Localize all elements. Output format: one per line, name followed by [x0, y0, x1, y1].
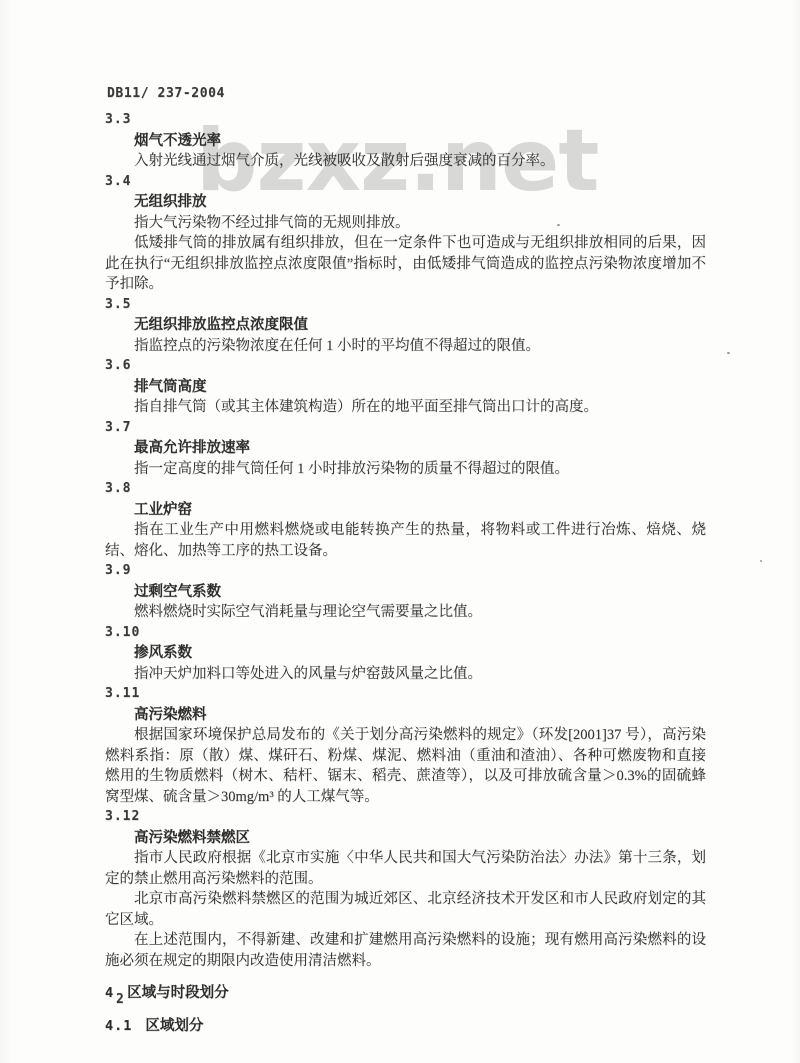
definition-paragraph: 指在工业生产中用燃料燃烧或电能转换产生的热量，将物料或工件进行冶炼、焙烧、烧结、…: [105, 520, 706, 561]
section-number: 3.6: [105, 356, 706, 377]
section-number: 3.4: [105, 172, 706, 193]
definition-paragraph: 指大气污染物不经过排气筒的无规则排放。: [105, 213, 706, 234]
section-term: 烟气不透光率: [105, 131, 706, 152]
definition-paragraph: 指自排气筒（或其主体建筑构造）所在的地平面至排气筒出口计的高度。: [105, 397, 706, 418]
chapter-number: 4: [105, 985, 114, 1001]
definition-paragraph: 指冲天炉加料口等处进入的风量与炉窑鼓风量之比值。: [105, 664, 706, 685]
section-3-9: 3.9 过剩空气系数 燃料燃烧时实际空气消耗量与理论空气需要量之比值。: [105, 561, 706, 623]
subchapter-title: 区域划分: [145, 1018, 203, 1034]
definition-paragraph: 低矮排气筒的排放属有组织排放，但在一定条件下也可造成与无组织排放相同的后果，因此…: [105, 233, 706, 295]
scan-speck: [760, 560, 762, 562]
section-term: 排气筒高度: [105, 377, 706, 398]
section-term: 工业炉窑: [105, 500, 706, 521]
section-3-7: 3.7 最高允许排放速率 指一定高度的排气筒任何 1 小时排放污染物的质量不得超…: [105, 418, 706, 480]
section-3-4: 3.4 无组织排放 指大气污染物不经过排气筒的无规则排放。 低矮排气筒的排放属有…: [105, 172, 706, 295]
section-number: 3.12: [105, 807, 706, 828]
definition-paragraph: 指一定高度的排气筒任何 1 小时排放污染物的质量不得超过的限值。: [105, 459, 706, 480]
section-3-10: 3.10 掺风系数 指冲天炉加料口等处进入的风量与炉窑鼓风量之比值。: [105, 623, 706, 685]
section-3-6: 3.6 排气筒高度 指自排气筒（或其主体建筑构造）所在的地平面至排气筒出口计的高…: [105, 356, 706, 418]
definition-paragraph: 燃料燃烧时实际空气消耗量与理论空气需要量之比值。: [105, 602, 706, 623]
document-content: 3.3 烟气不透光率 入射光线通过烟气介质，光线被吸收及散射后强度衰减的百分率。…: [105, 110, 706, 1036]
definition-paragraph: 根据国家环境保护总局发布的《关于划分高污染燃料的规定》（环发[2001]37 号…: [105, 725, 706, 807]
doc-header: DB11/ 237-2004: [107, 86, 225, 101]
section-number: 3.8: [105, 479, 706, 500]
document-page: bzxz.net DB11/ 237-2004 3.3 烟气不透光率 入射光线通…: [0, 0, 800, 1063]
section-number: 3.11: [105, 684, 706, 705]
chapter-heading: 4区域与时段划分: [105, 983, 706, 1004]
section-3-12: 3.12 高污染燃料禁燃区 指市人民政府根据《北京市实施〈中华人民共和国大气污染…: [105, 807, 706, 971]
section-term: 无组织排放: [105, 192, 706, 213]
section-term: 最高允许排放速率: [105, 438, 706, 459]
section-term: 掺风系数: [105, 643, 706, 664]
subchapter-number: 4.1: [105, 1018, 132, 1034]
section-number: 3.5: [105, 295, 706, 316]
section-3-5: 3.5 无组织排放监控点浓度限值 指监控点的污染物浓度在任何 1 小时的平均值不…: [105, 295, 706, 357]
section-term: 过剩空气系数: [105, 582, 706, 603]
section-3-8: 3.8 工业炉窑 指在工业生产中用燃料燃烧或电能转换产生的热量，将物料或工件进行…: [105, 479, 706, 561]
section-3-11: 3.11 高污染燃料 根据国家环境保护总局发布的《关于划分高污染燃料的规定》（环…: [105, 684, 706, 807]
section-number: 3.3: [105, 110, 706, 131]
definition-paragraph: 在上述范围内，不得新建、改建和扩建燃用高污染燃料的设施；现有燃用高污染燃料的设施…: [105, 930, 706, 971]
definition-paragraph: 北京市高污染燃料禁燃区的范围为城近郊区、北京经济技术开发区和市人民政府划定的其它…: [105, 889, 706, 930]
page-number: 2: [116, 992, 124, 1007]
section-number: 3.7: [105, 418, 706, 439]
section-term: 高污染燃料禁燃区: [105, 828, 706, 849]
subchapter-heading: 4.1区域划分: [105, 1016, 706, 1037]
section-term: 高污染燃料: [105, 705, 706, 726]
section-3-3: 3.3 烟气不透光率 入射光线通过烟气介质，光线被吸收及散射后强度衰减的百分率。: [105, 110, 706, 172]
section-number: 3.10: [105, 623, 706, 644]
chapter-title: 区域与时段划分: [127, 985, 229, 1001]
scan-speck: [727, 352, 730, 354]
definition-paragraph: 指监控点的污染物浓度在任何 1 小时的平均值不得超过的限值。: [105, 336, 706, 357]
section-number: 3.9: [105, 561, 706, 582]
definition-paragraph: 入射光线通过烟气介质，光线被吸收及散射后强度衰减的百分率。: [105, 151, 706, 172]
section-term: 无组织排放监控点浓度限值: [105, 315, 706, 336]
definition-paragraph: 指市人民政府根据《北京市实施〈中华人民共和国大气污染防治法〉办法》第十三条，划定…: [105, 848, 706, 889]
